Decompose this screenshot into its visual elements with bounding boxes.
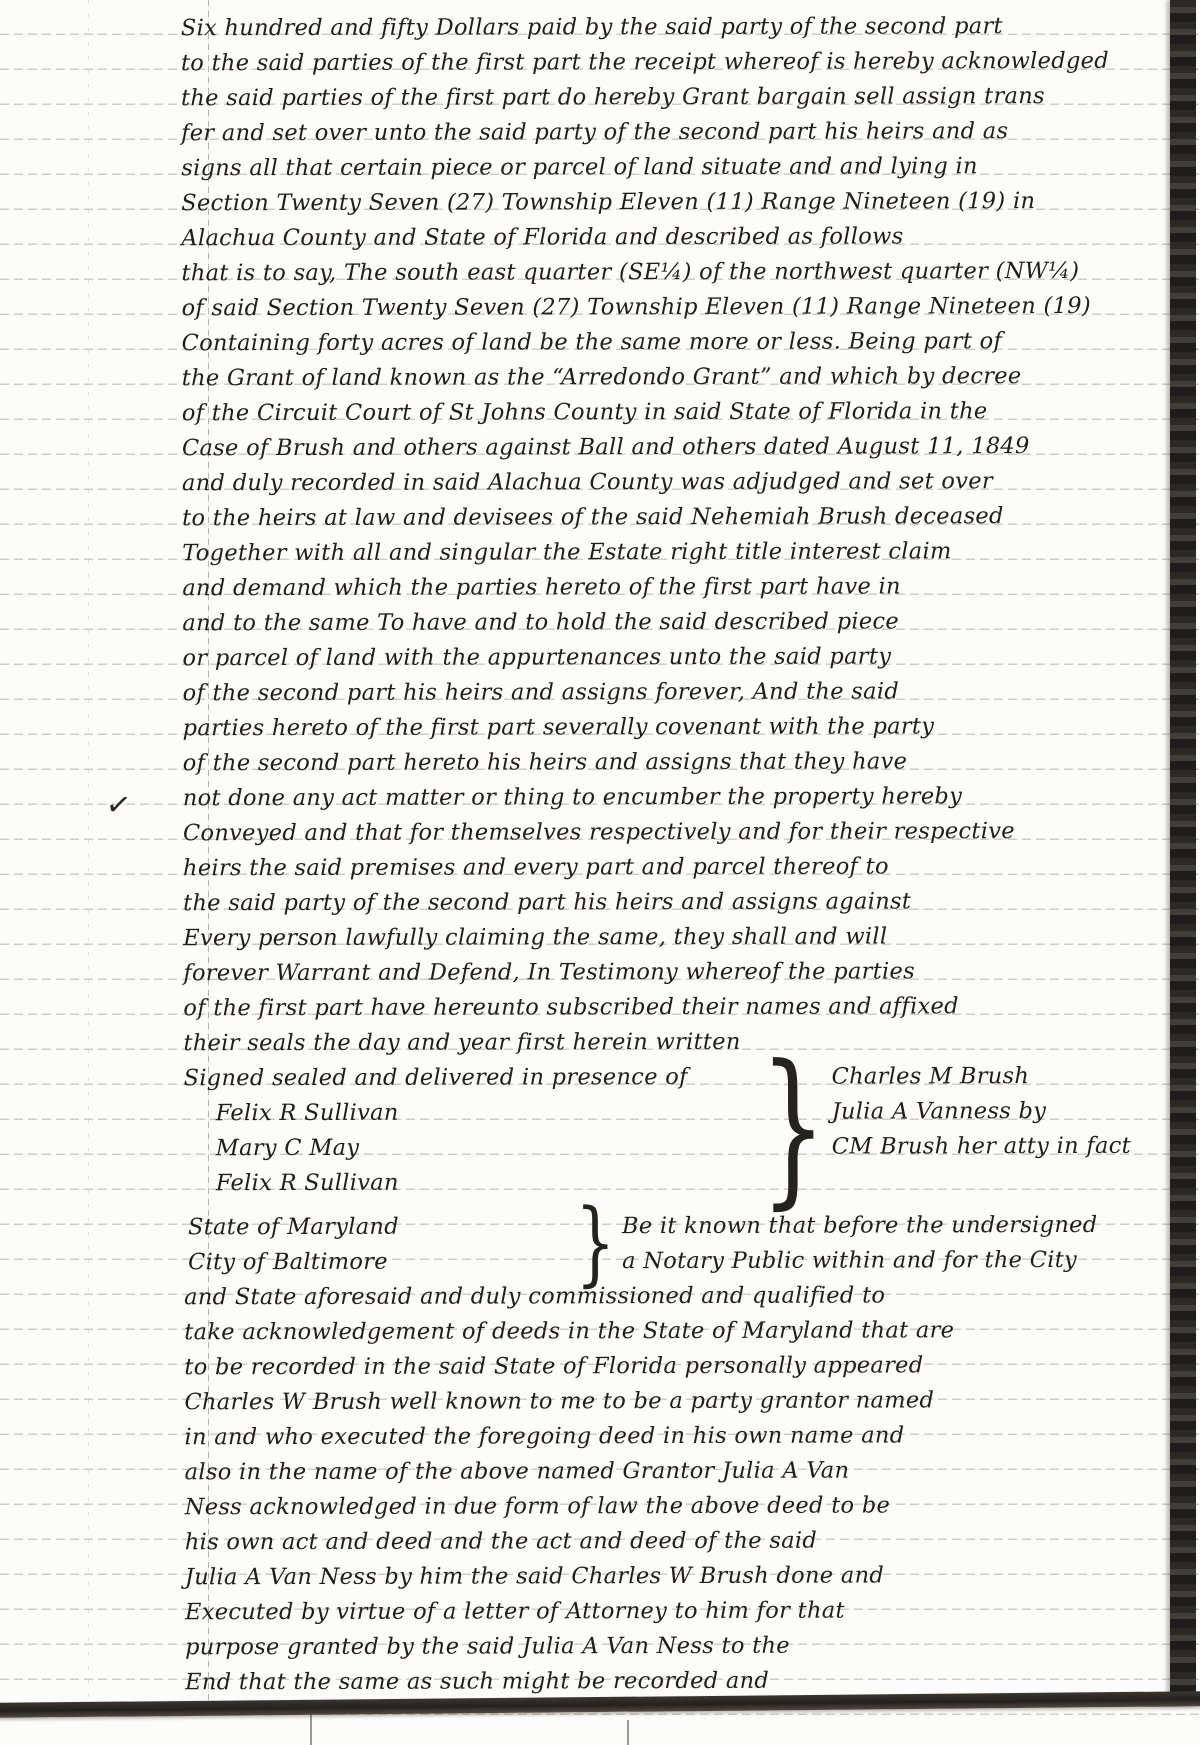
deed-line: Alachua County and State of Florida and …	[181, 219, 1173, 257]
margin-checkmark: ✓	[104, 786, 134, 824]
notary-acknowledgement-block: State of Maryland City of Baltimore } Be…	[184, 1208, 1177, 1701]
notary-line: Julia A Van Ness by him the said Charles…	[185, 1558, 1177, 1596]
deed-line: fer and set over unto the said party of …	[181, 114, 1173, 152]
handwritten-text-block: Six hundred and fifty Dollars paid by th…	[181, 9, 1177, 1701]
notary-intro-column: Be it known that before the undersigned …	[622, 1208, 1098, 1279]
page-edge-shadow-right	[1170, 0, 1196, 1705]
deed-line: to the heirs at law and devisees of the …	[182, 499, 1174, 537]
notary-line: Ness acknowledged in due form of law the…	[185, 1488, 1177, 1526]
deed-line: forever Warrant and Defend, In Testimony…	[183, 954, 1175, 992]
jurisdiction-column: State of Maryland City of Baltimore	[188, 1210, 399, 1281]
deed-line: the said parties of the first part do he…	[181, 79, 1173, 117]
deed-line: their seals the day and year first herei…	[183, 1024, 1175, 1062]
witness-signature: Mary C May	[216, 1130, 688, 1166]
brace-icon: }	[760, 1054, 827, 1200]
notary-line: purpose granted by the said Julia A Van …	[185, 1628, 1177, 1666]
deed-line: of the Circuit Court of St Johns County …	[182, 394, 1174, 432]
deed-line: of the second part hereto his heirs and …	[183, 744, 1175, 782]
margin-rule-line	[88, 0, 89, 1705]
deed-line: that is to say, The south east quarter (…	[181, 254, 1173, 292]
witness-signature: Felix R Sullivan	[216, 1095, 688, 1131]
notary-line: to be recorded in the said State of Flor…	[184, 1348, 1176, 1386]
notary-line: Executed by virtue of a letter of Attorn…	[185, 1593, 1177, 1631]
notary-line: in and who executed the foregoing deed i…	[184, 1418, 1176, 1456]
witness-column: Signed sealed and delivered in presence …	[184, 1060, 689, 1201]
notary-line: Charles W Brush well known to me to be a…	[184, 1383, 1176, 1421]
signature-column: Charles M Brush (seal) Julia A Vanness b…	[832, 1058, 1200, 1164]
brace-icon: }	[575, 1205, 615, 1281]
grantor-signature: Julia A Vanness by	[832, 1094, 1047, 1130]
deed-line: and to the same To have and to hold the …	[182, 604, 1174, 642]
attestation-block: Signed sealed and delivered in presence …	[184, 1059, 1176, 1202]
notary-line: a Notary Public within and for the City	[622, 1243, 1098, 1279]
deed-line: to the said parties of the first part th…	[181, 44, 1173, 82]
jurisdiction-line: State of Maryland	[188, 1210, 399, 1246]
attorney-signature: CM Brush her atty in fact	[832, 1129, 1131, 1165]
notary-line: take acknowledgement of deeds in the Sta…	[184, 1313, 1176, 1351]
notary-line: and State aforesaid and duly commissione…	[184, 1278, 1176, 1316]
deed-line: parties hereto of the first part several…	[183, 709, 1175, 747]
margin-rule-line	[310, 1714, 312, 1745]
deed-line: Every person lawfully claiming the same,…	[183, 919, 1175, 957]
deed-line: signs all that certain piece or parcel o…	[181, 149, 1173, 187]
deed-line: heirs the said premises and every part a…	[183, 849, 1175, 887]
deed-line: Conveyed and that for themselves respect…	[183, 814, 1175, 852]
presence-statement: Signed sealed and delivered in presence …	[184, 1060, 688, 1096]
margin-rule-line	[627, 1720, 629, 1745]
notary-line: also in the name of the above named Gran…	[185, 1453, 1177, 1491]
deed-line: of the second part his heirs and assigns…	[183, 674, 1175, 712]
scanned-deed-page: ✓ Six hundred and fifty Dollars paid by …	[0, 0, 1200, 1745]
deed-line: Together with all and singular the Estat…	[182, 534, 1174, 572]
deed-line: the said party of the second part his he…	[183, 884, 1175, 922]
deed-line: Six hundred and fifty Dollars paid by th…	[181, 9, 1173, 47]
deed-line: Case of Brush and others against Ball an…	[182, 429, 1174, 467]
deed-line: Containing forty acres of land be the sa…	[182, 324, 1174, 362]
deed-line: and demand which the parties hereto of t…	[182, 569, 1174, 607]
deed-line: Section Twenty Seven (27) Township Eleve…	[181, 184, 1173, 222]
deed-line: of said Section Twenty Seven (27) Townsh…	[182, 289, 1174, 327]
deed-line: and duly recorded in said Alachua County…	[182, 464, 1174, 502]
deed-line: or parcel of land with the appurtenances…	[182, 639, 1174, 677]
deed-line: not done any act matter or thing to encu…	[183, 779, 1175, 817]
deed-line: the Grant of land known as the “Arredond…	[182, 359, 1174, 397]
notary-line: his own act and deed and the act and dee…	[185, 1523, 1177, 1561]
deed-line: of the first part have hereunto subscrib…	[183, 989, 1175, 1027]
notary-line: Be it known that before the undersigned	[622, 1208, 1098, 1244]
witness-signature: Felix R Sullivan	[216, 1165, 688, 1201]
notary-header: State of Maryland City of Baltimore } Be…	[184, 1208, 1176, 1281]
grantor-signature: Charles M Brush	[832, 1059, 1030, 1095]
jurisdiction-line: City of Baltimore	[188, 1245, 399, 1281]
